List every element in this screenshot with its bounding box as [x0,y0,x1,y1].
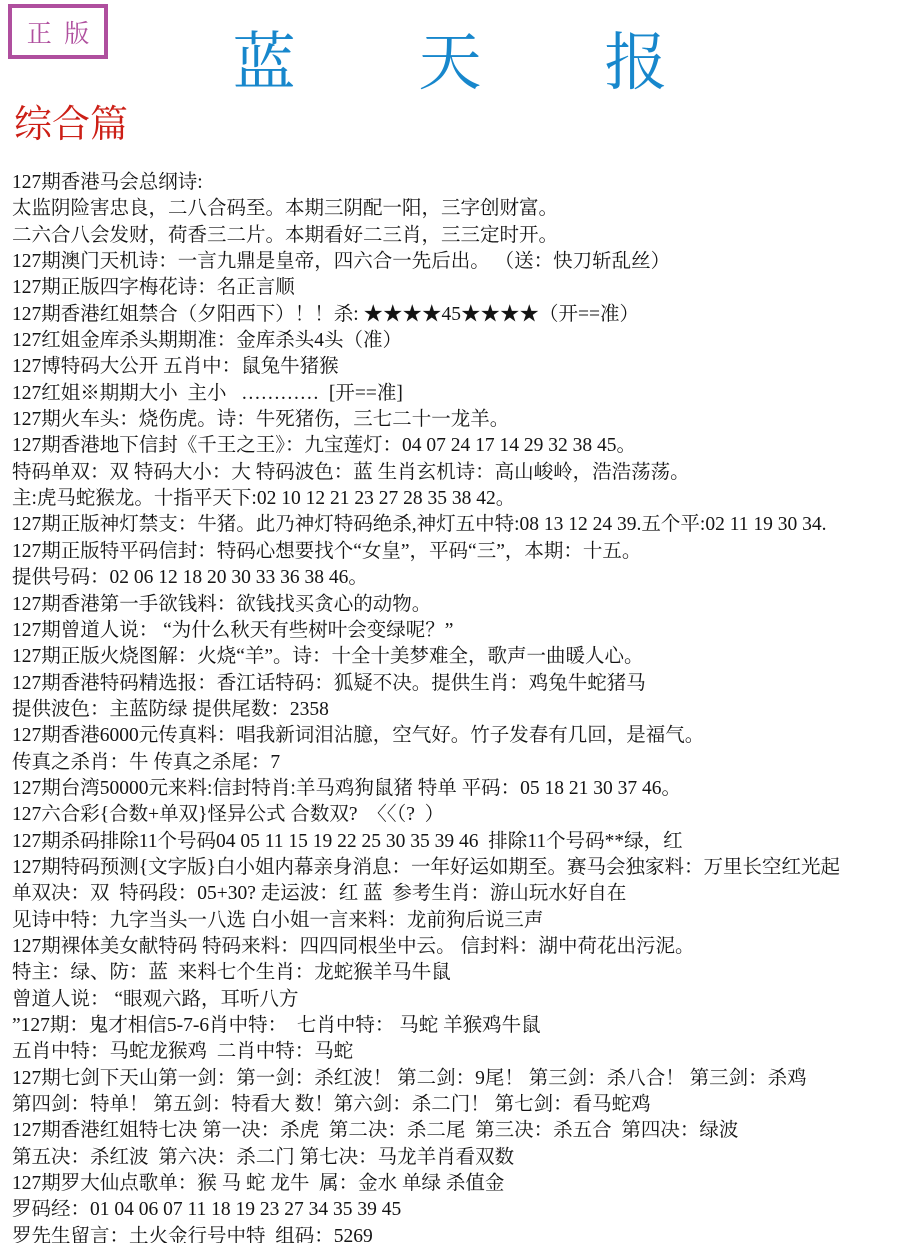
text-line-36: 第四剑：特单！ 第五剑：特看大 数！第六剑：杀二门！ 第七剑：看马蛇鸡 [12,1092,900,1118]
text-line-40: 罗码经：01 04 06 07 11 18 19 23 27 34 35 39 … [12,1197,900,1223]
page-title-text: 蓝天报 [233,28,791,98]
text-line-7: 127红姐金库杀头期期准：金库杀头4头（准） [12,328,900,354]
text-line-11: 127期香港地下信封《千王之王》：九宝莲灯：04 07 24 17 14 29 … [12,433,900,459]
text-line-35: 127期七剑下天山第一剑：第一剑：杀红波！ 第二剑：9尾！ 第三剑：杀八合！ 第… [12,1066,900,1092]
text-line-19: 127期正版火烧图解：火烧“羊”。诗：十全十美梦难全，歌声一曲暖人心。 [12,644,900,670]
text-line-31: 特主：绿、防：蓝 来料七个生肖：龙蛇猴羊马牛鼠 [12,960,900,986]
text-line-41: 罗先生留言：土火金行号中特 组码：5269 [12,1224,900,1243]
text-line-4: 127期澳门天机诗：一言九鼎是皇帝，四六合一先后出。 （送：快刀斩乱丝） [12,249,900,275]
text-line-37: 127期香港红姐特七决 第一决：杀虎 第二决：杀二尾 第三决：杀五合 第四决：绿… [12,1118,900,1144]
text-line-34: 五肖中特：马蛇龙猴鸡 二肖中特：马蛇 [12,1039,900,1065]
text-line-22: 127期香港6000元传真料：唱我新词泪沾臆，空气好。竹子发春有几回，是福气。 [12,723,900,749]
text-line-26: 127期杀码排除11个号码04 05 11 15 19 22 25 30 35 … [12,829,900,855]
text-line-29: 见诗中特：九字当头一八选 白小姐一言来料：龙前狗后说三声 [12,908,900,934]
text-line-2: 太监阴险害忠良，二八合码至。本期三阴配一阳，三字创财富。 [12,196,900,222]
text-line-21: 提供波色：主蓝防绿 提供尾数：2358 [12,697,900,723]
text-line-23: 传真之杀肖：牛 传真之杀尾：7 [12,750,900,776]
text-line-39: 127期罗大仙点歌单：猴 马 蛇 龙牛 属：金水 单绿 杀值金 [12,1171,900,1197]
newspaper-page: 正 版 蓝天报 综合篇 127期香港马会总纲诗:太监阴险害忠良，二八合码至。本期… [0,0,900,1243]
text-line-27: 127期特码预测{文字版}白小姐内幕亲身消息：一年好运如期至。赛马会独家料：万里… [12,855,900,881]
text-line-25: 127六合彩{合数+单双}怪异公式 合数双? 〈〈（? ） [12,802,900,828]
text-line-9: 127红姐※期期大小 主小 ………… [开==准] [12,381,900,407]
text-line-16: 提供号码：02 06 12 18 20 30 33 36 38 46。 [12,565,900,591]
page-title: 蓝天报 [0,12,900,103]
text-line-32: 曾道人说： “眼观六路，耳听八方 [12,987,900,1013]
text-line-1: 127期香港马会总纲诗: [12,170,900,196]
text-line-30: 127期裸体美女献特码 特码来料：四四同根坐中云。 信封料：湖中荷花出污泥。 [12,934,900,960]
text-line-20: 127期香港特码精选报：香江话特码：狐疑不决。提供生肖：鸡兔牛蛇猪马 [12,671,900,697]
text-line-12: 特码单双：双 特码大小：大 特码波色：蓝 生肖玄机诗：高山峻岭，浩浩荡荡。 [12,460,900,486]
text-line-13: 主:虎马蛇猴龙。十指平天下:02 10 12 21 23 27 28 35 38… [12,486,900,512]
text-line-18: 127期曾道人说： “为什么秋天有些树叶会变绿呢？” [12,618,900,644]
text-line-38: 第五决：杀红波 第六决：杀二门 第七决：马龙羊肖看双数 [12,1145,900,1171]
text-line-33: ”127期：鬼才相信5-7-6肖中特： 七肖中特： 马蛇 羊猴鸡牛鼠 [12,1013,900,1039]
text-line-28: 单双决：双 特码段：05+30? 走运波：红 蓝 参考生肖：游山玩水好自在 [12,881,900,907]
text-line-15: 127期正版特平码信封：特码心想要找个“女皇”，平码“三”，本期：十五。 [12,539,900,565]
text-line-3: 二六合八会发财，荷香三二片。本期看好二三肖，三三定时开。 [12,223,900,249]
text-line-24: 127期台湾50000元来料:信封特肖:羊马鸡狗鼠猪 特单 平码：05 18 2… [12,776,900,802]
text-line-10: 127期火车头：烧伤虎。诗：牛死猪伤，三七二十一龙羊。 [12,407,900,433]
text-line-17: 127期香港第一手欲钱料：欲钱找买贪心的动物。 [12,592,900,618]
text-line-14: 127期正版神灯禁支：牛猪。此乃神灯特码绝杀,神灯五中特:08 13 12 24… [12,512,900,538]
text-line-5: 127期正版四字梅花诗：名正言顺 [12,275,900,301]
text-line-6: 127期香港红姐禁合（夕阳西下）！！杀: ★★★★45★★★★（开==准） [12,302,900,328]
text-line-8: 127博特码大公开 五肖中：鼠兔牛猪猴 [12,354,900,380]
tips-text-block: 127期香港马会总纲诗:太监阴险害忠良，二八合码至。本期三阴配一阳，三字创财富。… [12,170,900,1243]
section-title: 综合篇 [14,93,128,148]
